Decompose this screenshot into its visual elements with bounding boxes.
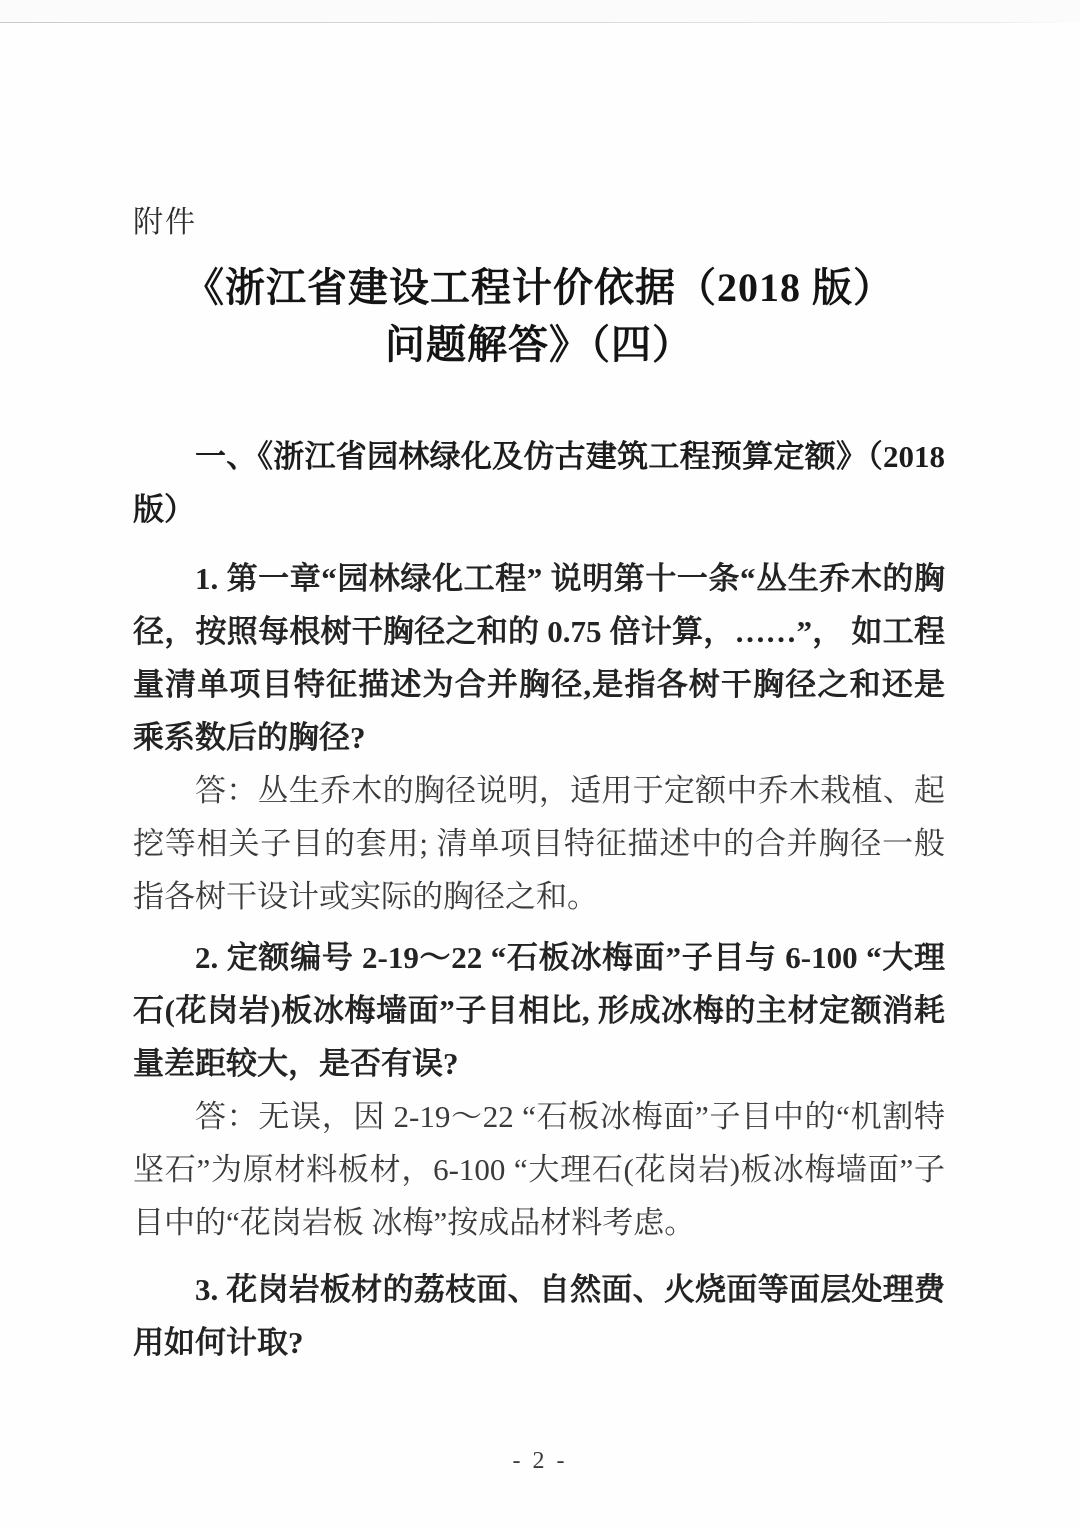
question-2: 2. 定额编号 2-19～22 “石板冰梅面”子目与 6-100 “大理石(花岗… [133,931,945,1090]
page-number: - 2 - [0,1448,1080,1475]
question-3: 3. 花岗岩板材的荔枝面、自然面、火烧面等面层处理费用如何计取? [133,1263,945,1369]
document-title-line-2: 问题解答》（四） [133,316,945,373]
answer-2: 答：无误，因 2-19～22 “石板冰梅面”子目中的“机割特坚石”为原材料板材，… [133,1090,945,1249]
question-1: 1. 第一章“园林绿化工程” 说明第十一条“丛生乔木的胸径，按照每根树干胸径之和… [133,552,945,764]
document-body: 附件 《浙江省建设工程计价依据（2018 版） 问题解答》（四） 一、《浙江省园… [0,0,1080,1369]
section-heading: 一、《浙江省园林绿化及仿古建筑工程预算定额》（2018 版） [133,430,945,536]
document-title: 《浙江省建设工程计价依据（2018 版） 问题解答》（四） [133,259,945,373]
document-page: 附件 《浙江省建设工程计价依据（2018 版） 问题解答》（四） 一、《浙江省园… [0,0,1080,1528]
answer-1: 答：丛生乔木的胸径说明，适用于定额中乔木栽植、起挖等相关子目的套用; 清单项目特… [133,764,945,923]
document-title-line-1: 《浙江省建设工程计价依据（2018 版） [133,259,945,316]
attachment-label: 附件 [133,205,945,241]
